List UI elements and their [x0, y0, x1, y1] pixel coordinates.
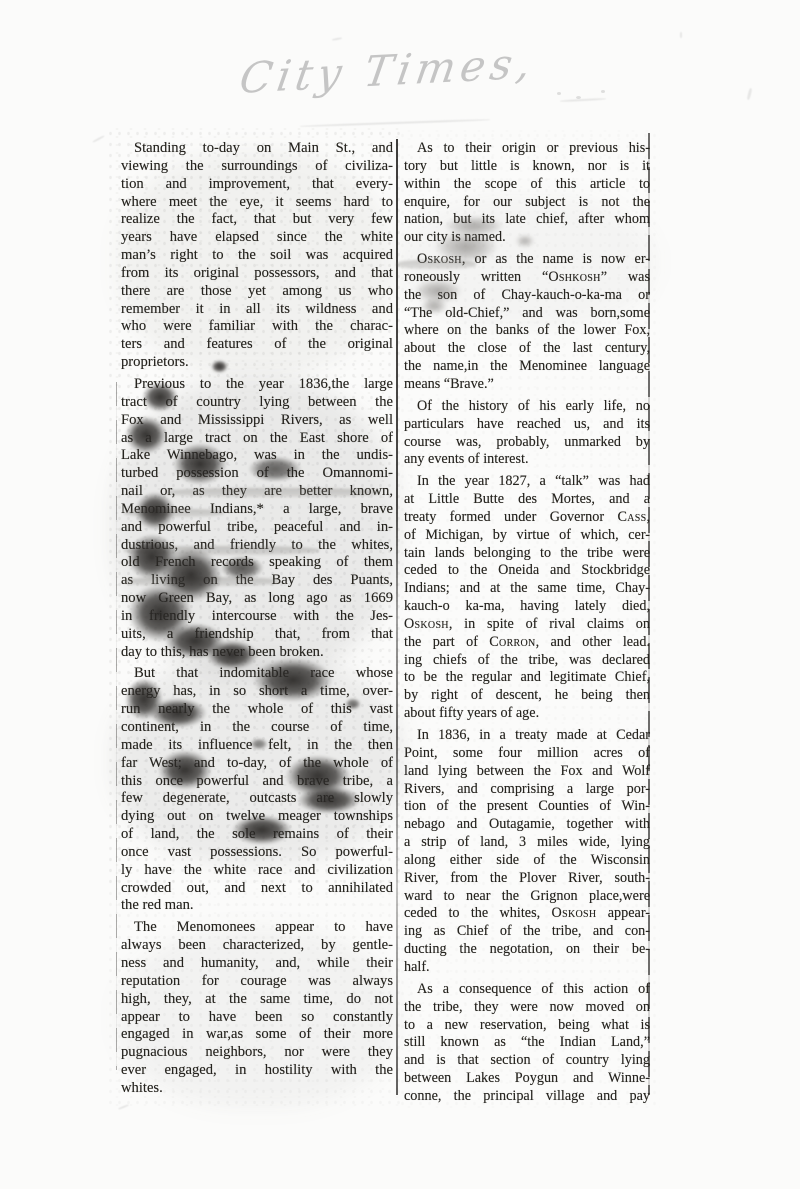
text-line: our city is named.: [404, 229, 650, 247]
text-line: The Menomonees appear to have: [121, 919, 393, 937]
text-line: by right of descent, he being then: [404, 687, 650, 705]
text-line: But that indomitable race whose: [121, 665, 393, 683]
text-line: and is that section of country lying: [404, 1052, 650, 1070]
text-line: Indians; and at the same time, Chay-: [404, 580, 650, 598]
text-line: energy has, in so short a time, over-: [121, 683, 393, 701]
text-line: ing chiefs of the tribe, was declared: [404, 652, 650, 670]
pencil-mark: [576, 96, 581, 99]
text-line: there are those yet among us who: [121, 283, 393, 301]
text-line: where meet the eye, it seems hard to: [121, 194, 393, 212]
text-line: day to this, has never been broken.: [121, 644, 393, 662]
text-line: to a new reservation, being what is: [404, 1017, 650, 1035]
text-line: of Michigan, by virtue of which, cer-: [404, 527, 650, 545]
text-line: engaged in war,as some of their more: [121, 1026, 393, 1044]
paragraph: But that indomitable race whoseenergy ha…: [121, 665, 393, 915]
text-line: ly have the white race and civilization: [121, 862, 393, 880]
text-line: few degenerate, outcasts are slowly: [121, 790, 393, 808]
newspaper-clipping: City Times, Standing to-day on Main St.,…: [0, 0, 800, 1189]
text-line: Of the history of his early life, no: [404, 398, 650, 416]
text-line: means “Brave.”: [404, 376, 650, 394]
pencil-mark: [747, 88, 753, 100]
column-rule-left: [116, 382, 117, 1070]
text-line: Lake Winnebago, was in the undis-: [121, 447, 393, 465]
paragraph: As a consequence of this action ofthe tr…: [404, 981, 650, 1106]
text-line: Point, some four million acres of: [404, 745, 650, 763]
text-line: ceded to the Oneida and Stockbridge: [404, 562, 650, 580]
text-line: reputation for courage was always: [121, 973, 393, 991]
paragraph: As to their origin or previous his-tory …: [404, 140, 650, 247]
text-line: within the scope of this article to: [404, 176, 650, 194]
text-line: still known as “the Indian Land,”: [404, 1034, 650, 1052]
text-line: ing as Chief of the tribe, and con-: [404, 923, 650, 941]
handwritten-annotation: City Times,: [236, 38, 539, 103]
text-line: tract of country lying between the: [121, 394, 393, 412]
text-line: Fox and Mississippi Rivers, as well: [121, 412, 393, 430]
text-line: ward to near the Grignon place,were: [404, 888, 650, 906]
text-line: “The old-Chief,” and was born,some: [404, 305, 650, 323]
paragraph: Oskosh, or as the name is now er-roneous…: [404, 251, 650, 394]
text-line: the red man.: [121, 897, 393, 915]
text-line: realize the fact, that but very few: [121, 211, 393, 229]
text-line: the name,in the Menominee language: [404, 358, 650, 376]
text-line: dustrious, and friendly to the whites,: [121, 537, 393, 555]
text-line: kauch-o ka-ma, having lately died,: [404, 598, 650, 616]
text-line: As a consequence of this action of: [404, 981, 650, 999]
text-line: half.: [404, 959, 650, 977]
text-line: tion and improvement, that every-: [121, 176, 393, 194]
text-line: appear to have been so constantly: [121, 1009, 393, 1027]
text-line: as a large tract on the East shore of: [121, 430, 393, 448]
text-line: and powerful tribe, peaceful and in-: [121, 519, 393, 537]
text-line: as living on the Bay des Puants,: [121, 572, 393, 590]
text-line: whites.: [121, 1080, 393, 1098]
text-line: where on the banks of the lower Fox,: [404, 322, 650, 340]
paragraph: Of the history of his early life, nopart…: [404, 398, 650, 469]
text-line: far West; and to-day, of the whole of: [121, 755, 393, 773]
text-line: conne, the principal village and pay: [404, 1088, 650, 1106]
text-line: who were familiar with the charac-: [121, 318, 393, 336]
text-line: nation, but its late chief, after whom: [404, 211, 650, 229]
text-line: turbed possession of the Omannomi-: [121, 465, 393, 483]
pencil-mark: [557, 92, 561, 95]
text-line: nebago and Outagamie, together with: [404, 816, 650, 834]
text-line: this once powerful and brave tribe, a: [121, 773, 393, 791]
text-line: between Lakes Poygun and Winne-: [404, 1070, 650, 1088]
text-line: made its influence felt, in the then: [121, 737, 393, 755]
text-line: ters and features of the original: [121, 336, 393, 354]
text-line: continent, in the course of time,: [121, 719, 393, 737]
text-line: uits, a friendship that, from that: [121, 626, 393, 644]
text-line: crowded out, and next to annihilated: [121, 880, 393, 898]
text-line: man’s right to the soil was acquired: [121, 247, 393, 265]
text-line: enquire, for our subject is not the: [404, 194, 650, 212]
paragraph: The Menomonees appear to havealways been…: [121, 919, 393, 1097]
text-line: to be the regular and legitimate Chief,: [404, 669, 650, 687]
pencil-mark: [92, 135, 104, 143]
pencil-mark: [332, 37, 342, 41]
paragraph: Standing to-day on Main St., andviewing …: [121, 140, 393, 372]
text-line: ness and humanity, and, while their: [121, 955, 393, 973]
text-line: Menominee Indians,* a large, brave: [121, 501, 393, 519]
text-line: now Green Bay, as long ago as 1669: [121, 590, 393, 608]
text-line: remember it in all its wildness and: [121, 301, 393, 319]
text-line: tain lands belonging to the tribe were: [404, 545, 650, 563]
text-line: Previous to the year 1836,the large: [121, 376, 393, 394]
text-line: nail or, as they are better known,: [121, 483, 393, 501]
text-line: old French records speaking of them: [121, 554, 393, 572]
text-line: land lying between the Fox and Wolf: [404, 763, 650, 781]
text-line: Standing to-day on Main St., and: [121, 140, 393, 158]
text-line: from its original possessors, and that: [121, 265, 393, 283]
text-line: roneously written “Oshkosh” was: [404, 269, 650, 287]
text-line: in friendly intercourse with the Jes-: [121, 608, 393, 626]
text-line: along either side of the Wisconsin: [404, 852, 650, 870]
text-line: the tribe, they were now moved on: [404, 999, 650, 1017]
text-line: Oskosh, in spite of rival claims on: [404, 616, 650, 634]
column-rule-middle: [396, 139, 398, 1095]
text-line: of land, the sole remains of their: [121, 826, 393, 844]
text-line: In the year 1827, a “talk” was had: [404, 473, 650, 491]
text-line: pugnacious neighbors, nor were they: [121, 1044, 393, 1062]
pencil-mark: [118, 1104, 129, 1110]
text-line: the son of Chay-kauch-o-ka-ma or: [404, 287, 650, 305]
paragraph: In 1836, in a treaty made at CedarPoint,…: [404, 727, 650, 977]
text-line: any events of interest.: [404, 451, 650, 469]
text-line: ducting the negotation, on their be-: [404, 941, 650, 959]
text-line: run nearly the whole of this vast: [121, 701, 393, 719]
text-line: the part of Corron, and other lead.: [404, 634, 650, 652]
text-line: viewing the surroundings of civiliza-: [121, 158, 393, 176]
paragraph: Previous to the year 1836,the largetract…: [121, 376, 393, 662]
text-line: ever engaged, in hostility with the: [121, 1062, 393, 1080]
text-line: once vast possessions. So powerful-: [121, 844, 393, 862]
text-line: years have elapsed since the white: [121, 229, 393, 247]
text-line: treaty formed under Governor Cass,: [404, 509, 650, 527]
text-line: always been characterized, by gentle-: [121, 937, 393, 955]
text-line: a strip of land, 3 miles wide, lying: [404, 834, 650, 852]
text-line: about fifty years of age.: [404, 705, 650, 723]
text-line: proprietors.: [121, 354, 393, 372]
text-line: high, they, at the same time, do not: [121, 991, 393, 1009]
text-line: River, from the Plover River, south-: [404, 870, 650, 888]
text-line: course was, probably, unmarked by: [404, 434, 650, 452]
text-line: Rivers, and comprising a large por-: [404, 781, 650, 799]
text-line: particulars have reached us, and its: [404, 416, 650, 434]
text-line: As to their origin or previous his-: [404, 140, 650, 158]
text-line: In 1836, in a treaty made at Cedar: [404, 727, 650, 745]
paragraph: In the year 1827, a “talk” was hadat Lit…: [404, 473, 650, 723]
text-line: ceded to the whites, Oskosh appear-: [404, 905, 650, 923]
column-right: As to their origin or previous his-tory …: [404, 140, 650, 1106]
pencil-mark: [560, 98, 606, 102]
text-line: about the close of the last century,: [404, 340, 650, 358]
pencil-mark: [300, 119, 490, 128]
text-line: tion of the present Counties of Win-: [404, 798, 650, 816]
text-line: tory but little is known, nor is it: [404, 158, 650, 176]
column-left: Standing to-day on Main St., andviewing …: [121, 140, 393, 1098]
pencil-mark: [601, 90, 605, 93]
text-line: dying out on twelve meager townships: [121, 808, 393, 826]
text-line: at Little Butte des Mortes, and a: [404, 491, 650, 509]
pencil-mark: [680, 32, 682, 38]
text-line: Oskosh, or as the name is now er-: [404, 251, 650, 269]
